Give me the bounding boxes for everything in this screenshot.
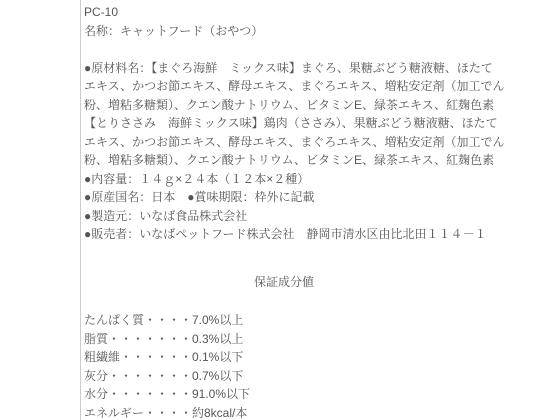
- contents-amount: ●内容量：１４ｇ×２４本（１２本×２種）: [84, 170, 559, 189]
- product-name: 名称：キャットフード（おやつ）: [84, 22, 559, 41]
- product-info-sheet: PC-10 名称：キャットフード（おやつ） ●原材料名：【まぐろ海鮮 ミックス味…: [0, 0, 560, 420]
- ingredients-line: エキス、かつお節エキス、酵母エキス、まぐろエキス、増粘安定剤（加工でん: [84, 77, 559, 96]
- analysis-row-moisture: 水分・・・・・・・91.0%以下: [84, 385, 559, 404]
- ingredients-line: 粉、増粘多糖類）、クエン酸ナトリウム、ビタミンE、緑茶エキス、紅麹色素: [84, 151, 559, 170]
- blank-line: [84, 40, 559, 59]
- ingredients-line: ●原材料名：【まぐろ海鮮 ミックス味】まぐろ、果糖ぶどう糖液糖、ほたて: [84, 59, 559, 78]
- product-info-cell: PC-10 名称：キャットフード（おやつ） ●原材料名：【まぐろ海鮮 ミックス味…: [80, 0, 559, 420]
- ingredients-line: エキス、かつお節エキス、酵母エキス、まぐろエキス、増粘安定剤（加工でん: [84, 133, 559, 152]
- seller: ●販売者：いなばペットフード株式会社 静岡市清水区由比北田１１４－１: [84, 225, 559, 244]
- origin-and-expiry: ●原産国名：日本 ●賞味期限：枠外に記載: [84, 188, 559, 207]
- analysis-row-protein: たんぱく質・・・・7.0%以上: [84, 311, 559, 330]
- section-gap: [84, 244, 559, 273]
- guaranteed-analysis-heading: 保証成分値: [84, 273, 484, 292]
- heading-gap: [84, 291, 559, 311]
- analysis-row-fat: 脂質・・・・・・・0.3%以上: [84, 330, 559, 349]
- analysis-row-ash: 灰分・・・・・・・0.7%以下: [84, 367, 559, 386]
- ingredients-line: 粉、増粘多糖類）、クエン酸ナトリウム、ビタミンE、緑茶エキス、紅麹色素: [84, 96, 559, 115]
- ingredients-line: 【とりささみ 海鮮ミックス味】鶏肉（ささみ）、果糖ぶどう糖液糖、ほたて: [84, 114, 559, 133]
- analysis-row-energy: エネルギー・・・・約8kcal/本: [84, 404, 559, 420]
- manufacturer: ●製造元：いなば食品株式会社: [84, 207, 559, 226]
- analysis-row-fiber: 粗繊維・・・・・・0.1%以下: [84, 348, 559, 367]
- product-code: PC-10: [84, 3, 559, 22]
